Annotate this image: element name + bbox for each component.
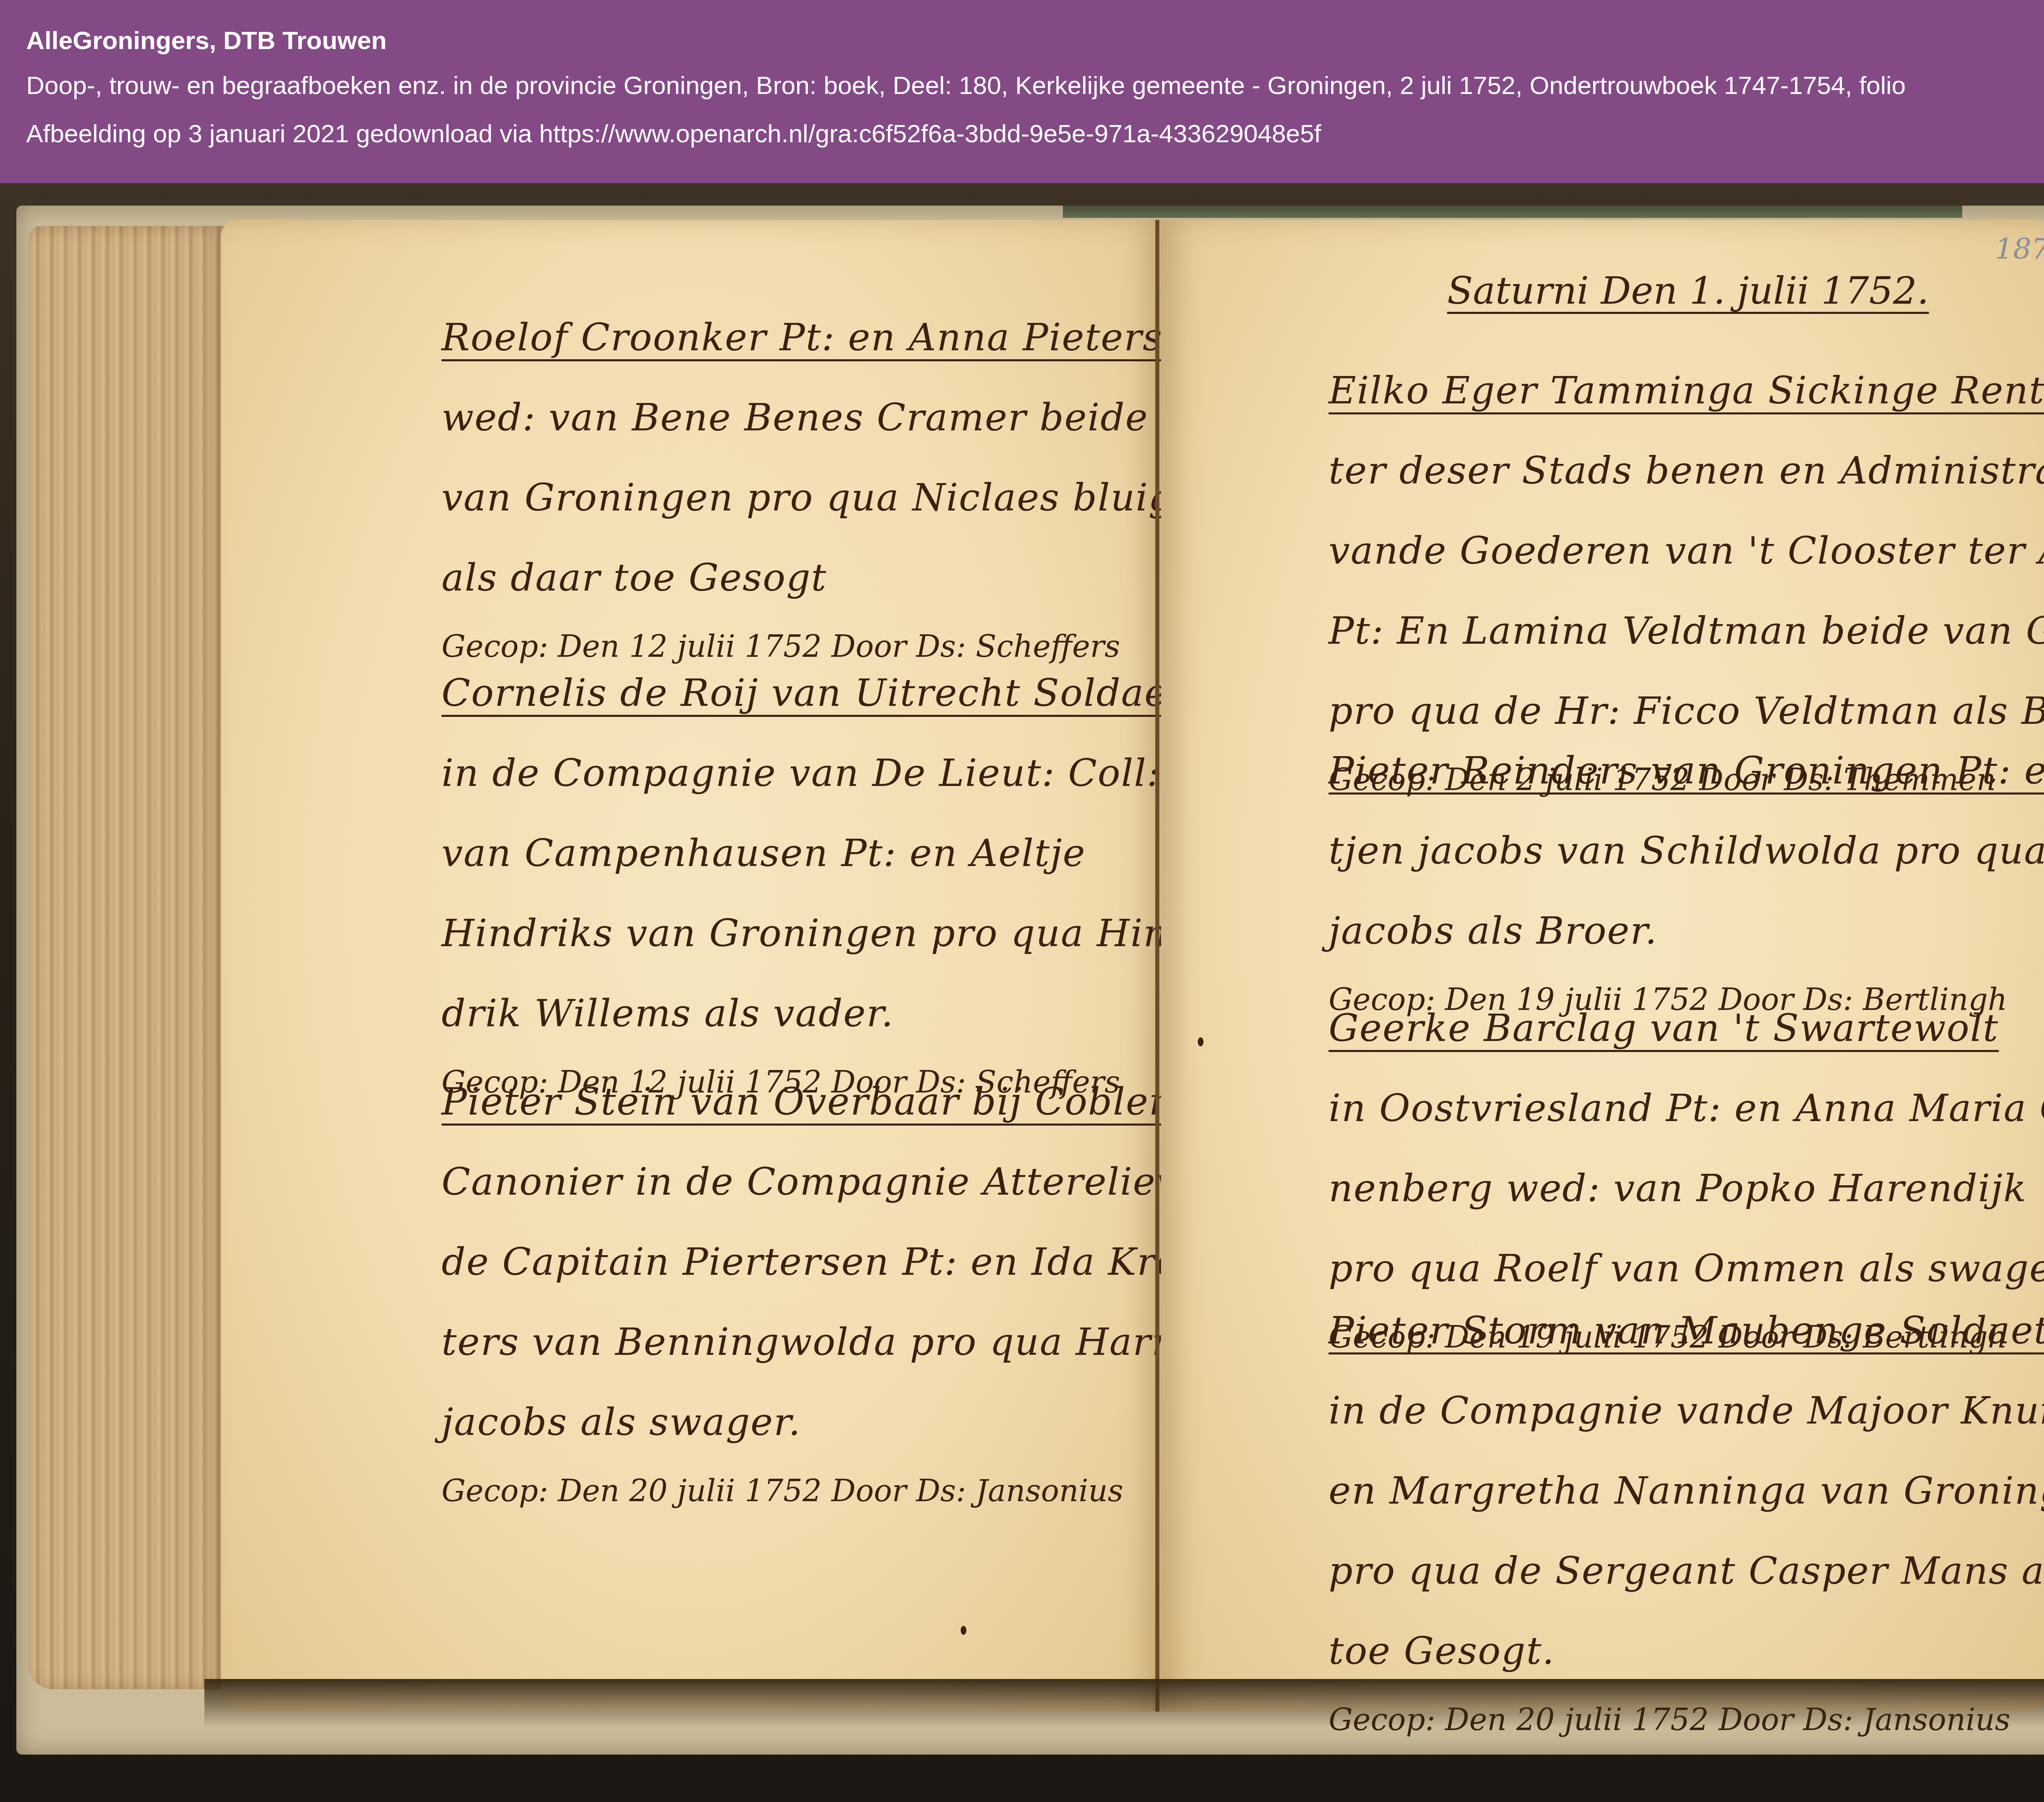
entry-line: wed: van Bene Benes Cramer beide [442, 378, 1173, 458]
left-page-stack [29, 226, 225, 1689]
ink-blot [961, 1626, 966, 1635]
download-note: Afbeelding op 3 januari 2021 gedownload … [26, 114, 2044, 163]
archive-title: AlleGroningers, DTB Trouwen [26, 21, 2044, 66]
left-page: Roelof Croonker Pt: en Anna Pieters wed:… [221, 220, 1161, 1712]
entry-names: Roelof Croonker Pt: en Anna Pieters [442, 316, 1163, 359]
entry-line: ters van Benningwolda pro qua Harm [442, 1302, 1235, 1382]
right-page: Saturni Den 1. julii 1752. Eilko Eger Ta… [1161, 220, 2044, 1712]
register-entry: Roelof Croonker Pt: en Anna Pieters wed:… [442, 298, 1173, 675]
entry-line: de Capitain Piertersen Pt: en Ida Krea= [442, 1222, 1235, 1302]
entry-line: Canonier in de Compagnie Atterelieva [442, 1142, 1235, 1222]
register-entry: Pieter Stein van Overbaar bij Coblents C… [442, 1062, 1235, 1520]
entry-line: van Groningen pro qua Niclaes bluig [442, 458, 1173, 538]
entry-line: van Campenhausen Pt: en Aeltje [442, 813, 1201, 893]
entry-line: Pt: En Lamina Veldtman beide van Gron: [1329, 591, 2044, 671]
book-gutter [1155, 220, 1159, 1712]
entry-line: Hindriks van Groningen pro qua Hin= [442, 893, 1201, 974]
entry-line: vande Goederen van 't Clooster ter Apel [1329, 511, 2044, 591]
entry-line: drik Willems als vader. [442, 974, 1201, 1054]
ink-blot [1198, 1037, 1204, 1046]
entry-line: jacobs als Broer. [1329, 891, 2044, 971]
entry-names: Pieter Stein van Overbaar bij Coblents [442, 1080, 1210, 1124]
entry-line: pro qua de Sergeant Casper Mans aldaar [1329, 1531, 2044, 1611]
entry-names: Eilko Eger Tamminga Sickinge Rentmees [1329, 369, 2044, 412]
folio-number: 187 [1995, 232, 2044, 266]
entry-line: en Margretha Nanninga van Groninge [1329, 1451, 2044, 1531]
entry-names: Pieter Reinders van Groningen Pt: en Aal… [1329, 749, 2044, 792]
entry-proclamation-note: Gecop: Den 20 julii 1752 Door Ds: Janson… [442, 1462, 1235, 1520]
entry-line: in de Compagnie van De Lieut: Coll: [442, 733, 1201, 813]
entry-line: in Oostvriesland Pt: en Anna Maria Groe= [1329, 1068, 2044, 1148]
entry-names: Geerke Barclag van 't Swartewolt [1329, 1006, 1999, 1050]
caption-banner: AlleGroningers, DTB Trouwen Doop-, trouw… [0, 0, 2044, 183]
source-description: Doop-, trouw- en begraafboeken enz. in d… [26, 66, 2044, 114]
register-entry: Pieter Reinders van Groningen Pt: en Aal… [1329, 731, 2044, 1028]
date-heading: Saturni Den 1. julii 1752. [1447, 269, 1929, 313]
register-entry: Cornelis de Roij van Uitrecht Soldaet in… [442, 653, 1201, 1111]
page-bottom-shadow [204, 1679, 2044, 1728]
entry-line: tjen jacobs van Schildwolda pro qua Simo… [1329, 811, 2044, 891]
entry-line: nenberg wed: van Popko Harendijk [1329, 1148, 2044, 1229]
cover-top-edge [1063, 206, 1962, 218]
entry-line: ter deser Stads benen en Administrator [1329, 431, 2044, 511]
entry-names: Pieter Storm van Maubenge Soldaet [1329, 1309, 2044, 1352]
entry-line: in de Compagnie vande Majoor Knuith [1329, 1371, 2044, 1451]
entry-line: als daar toe Gesogt [442, 538, 1173, 618]
entry-line: jacobs als swager. [442, 1382, 1235, 1462]
entry-names: Cornelis de Roij van Uitrecht Soldaet [442, 671, 1183, 715]
scanned-book-photo: Roelof Croonker Pt: en Anna Pieters wed:… [0, 183, 2044, 1802]
